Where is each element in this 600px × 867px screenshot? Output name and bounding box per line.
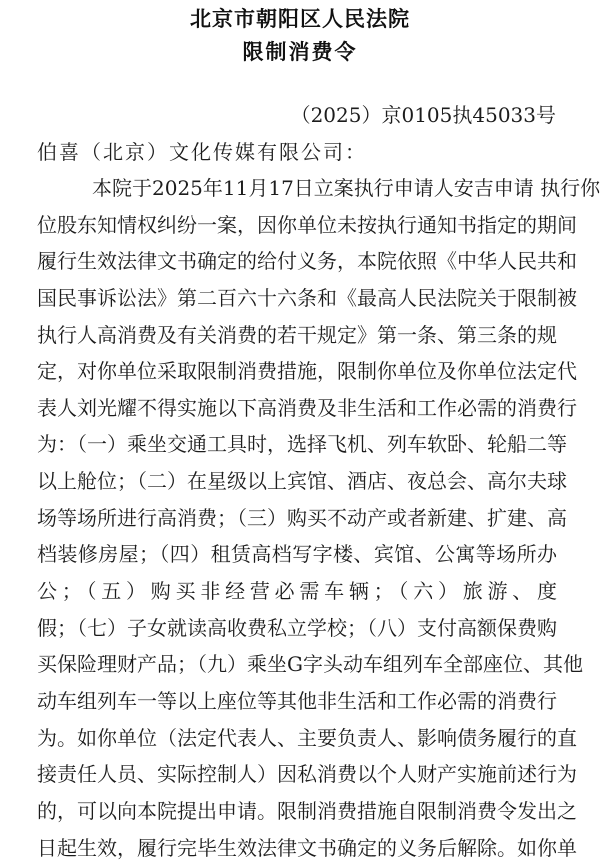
body-line: 公；（五）购买非经营必需车辆；（六）旅游、度	[37, 578, 557, 615]
body-line: 执行人高消费及有关消费的若干规定》第一条、第三条的规	[37, 322, 557, 359]
body-line: 履行生效法律文书确定的给付义务，本院依照《中华人民共和	[37, 248, 557, 285]
body-line: 国民事诉讼法》第二百六十六条和《最高人民法院关于限制被	[37, 285, 557, 322]
body-line: 本院于2025年11月17日立案执行申请人安吉申请 执行你单	[37, 175, 557, 212]
addressee: 伯喜（北京）文化传媒有限公司：	[37, 139, 367, 165]
body-line: 场等场所进行高消费；（三）购买不动产或者新建、扩建、高	[37, 505, 557, 542]
body-line: 档装修房屋；（四）租赁高档写字楼、宾馆、公寓等场所办	[37, 541, 557, 578]
body-text: 本院于2025年11月17日立案执行申请人安吉申请 执行你单 位股东知情权纠纷一…	[37, 175, 557, 867]
body-line: 位股东知情权纠纷一案，因你单位未按执行通知书指定的期间	[37, 212, 557, 249]
body-line: 日起生效，履行完毕生效法律文书确定的义务后解除。如你单	[37, 835, 557, 867]
body-line: 假；（七）子女就读高收费私立学校；（八）支付高额保费购	[37, 615, 557, 652]
body-line: 定，对你单位采取限制消费措施，限制你单位及你单位法定代	[37, 358, 557, 395]
body-line: 表人刘光耀不得实施以下高消费及非生活和工作必需的消费行	[37, 395, 557, 432]
body-line: 的，可以向本院提出申请。限制消费措施自限制消费令发出之	[37, 798, 557, 835]
body-line: 买保险理财产品；（九）乘坐G字头动车组列车全部座位、其他	[37, 651, 557, 688]
court-name: 北京市朝阳区人民法院	[0, 7, 600, 31]
body-line: 为：（一）乘坐交通工具时，选择飞机、列车软卧、轮船二等	[37, 431, 557, 468]
body-line: 以上舱位；（二）在星级以上宾馆、酒店、夜总会、高尔夫球	[37, 468, 557, 505]
body-line: 为。如你单位（法定代表人、主要负责人、影响债务履行的直	[37, 725, 557, 762]
document-title: 限制消费令	[0, 40, 600, 64]
body-line: 接责任人员、实际控制人）因私消费以个人财产实施前述行为	[37, 761, 557, 798]
body-line: 动车组列车一等以上座位等其他非生活和工作必需的消费行	[37, 688, 557, 725]
case-number: （2025）京0105执45033号	[291, 102, 556, 128]
